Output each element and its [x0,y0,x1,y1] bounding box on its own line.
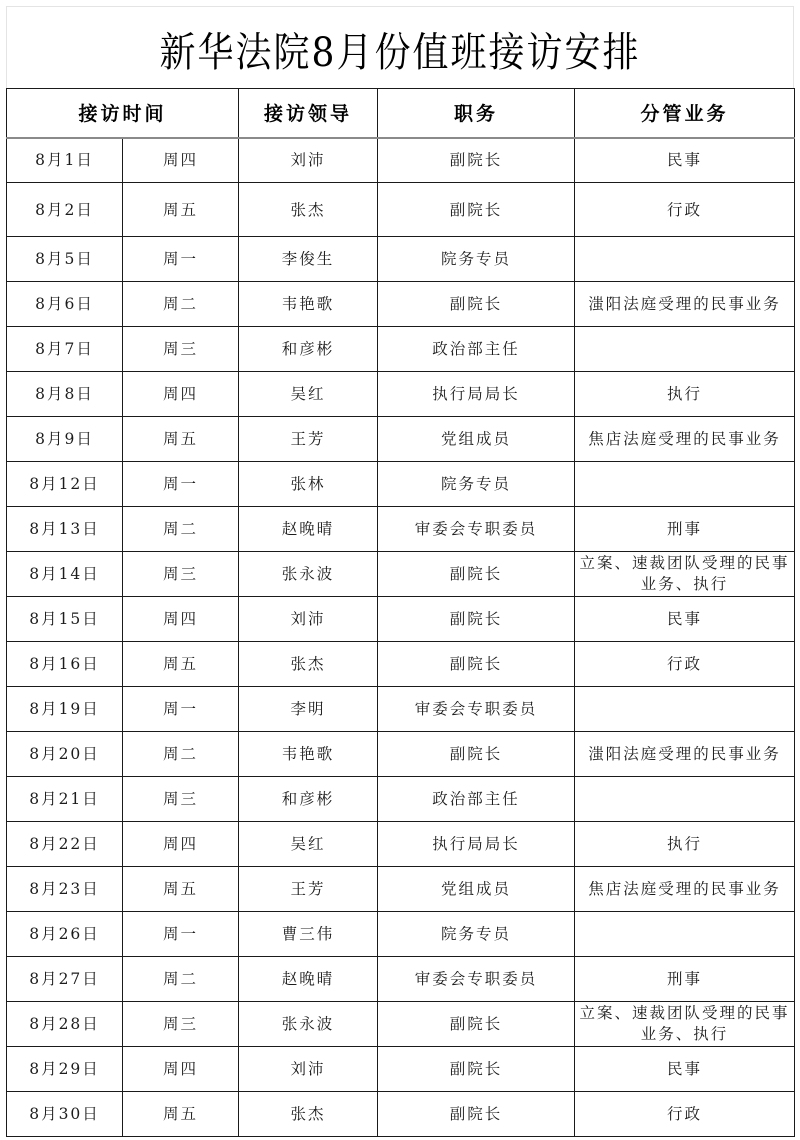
table-row: 8月6日 周二 韦艳歌 副院长 滍阳法庭受理的民事业务 [7,282,795,327]
cell-business: 刑事 [575,507,795,552]
cell-date: 8月23日 [7,867,123,912]
cell-date: 8月22日 [7,822,123,867]
cell-weekday: 周四 [123,822,239,867]
cell-leader: 韦艳歌 [239,732,378,777]
cell-date: 8月20日 [7,732,123,777]
cell-leader: 刘沛 [239,597,378,642]
cell-weekday: 周五 [123,1092,239,1137]
table-header-row: 接访时间 接访领导 职务 分管业务 [7,89,795,138]
table-row: 8月29日 周四 刘沛 副院长 民事 [7,1047,795,1092]
cell-date: 8月5日 [7,237,123,282]
cell-date: 8月8日 [7,372,123,417]
table-row: 8月23日 周五 王芳 党组成员 焦店法庭受理的民事业务 [7,867,795,912]
title-area: 新华法院8月份值班接访安排 [6,6,794,88]
cell-date: 8月16日 [7,642,123,687]
cell-weekday: 周一 [123,462,239,507]
cell-weekday: 周五 [123,183,239,237]
table-row: 8月13日 周二 赵晚晴 审委会专职委员 刑事 [7,507,795,552]
cell-weekday: 周五 [123,642,239,687]
cell-position: 政治部主任 [378,327,575,372]
cell-leader: 张杰 [239,1092,378,1137]
cell-weekday: 周四 [123,597,239,642]
cell-leader: 王芳 [239,417,378,462]
table-row: 8月9日 周五 王芳 党组成员 焦店法庭受理的民事业务 [7,417,795,462]
cell-date: 8月2日 [7,183,123,237]
cell-position: 副院长 [378,642,575,687]
schedule-table: 接访时间 接访领导 职务 分管业务 8月1日 周四 刘沛 副院长 民事 8月2日… [6,88,795,1137]
header-position: 职务 [378,89,575,138]
header-leader: 接访领导 [239,89,378,138]
cell-weekday: 周一 [123,237,239,282]
cell-business: 行政 [575,183,795,237]
cell-weekday: 周二 [123,957,239,1002]
cell-date: 8月1日 [7,138,123,183]
table-row: 8月30日 周五 张杰 副院长 行政 [7,1092,795,1137]
table-row: 8月2日 周五 张杰 副院长 行政 [7,183,795,237]
header-time: 接访时间 [7,89,239,138]
cell-position: 政治部主任 [378,777,575,822]
cell-leader: 张杰 [239,183,378,237]
cell-leader: 张永波 [239,552,378,597]
cell-position: 副院长 [378,732,575,777]
cell-weekday: 周三 [123,327,239,372]
cell-weekday: 周五 [123,417,239,462]
cell-date: 8月26日 [7,912,123,957]
cell-leader: 张林 [239,462,378,507]
cell-leader: 李俊生 [239,237,378,282]
cell-weekday: 周二 [123,732,239,777]
cell-business: 滍阳法庭受理的民事业务 [575,732,795,777]
cell-leader: 吴红 [239,372,378,417]
cell-date: 8月27日 [7,957,123,1002]
cell-business: 刑事 [575,957,795,1002]
table-row: 8月19日 周一 李明 审委会专职委员 [7,687,795,732]
cell-leader: 曹三伟 [239,912,378,957]
cell-date: 8月21日 [7,777,123,822]
cell-position: 审委会专职委员 [378,687,575,732]
table-row: 8月7日 周三 和彦彬 政治部主任 [7,327,795,372]
cell-date: 8月13日 [7,507,123,552]
cell-date: 8月6日 [7,282,123,327]
cell-leader: 赵晚晴 [239,507,378,552]
cell-weekday: 周二 [123,282,239,327]
cell-position: 党组成员 [378,867,575,912]
cell-position: 副院长 [378,552,575,597]
cell-leader: 刘沛 [239,1047,378,1092]
table-row: 8月1日 周四 刘沛 副院长 民事 [7,138,795,183]
cell-leader: 吴红 [239,822,378,867]
cell-date: 8月29日 [7,1047,123,1092]
cell-position: 党组成员 [378,417,575,462]
cell-leader: 刘沛 [239,138,378,183]
cell-weekday: 周四 [123,1047,239,1092]
cell-leader: 和彦彬 [239,777,378,822]
cell-date: 8月28日 [7,1002,123,1047]
cell-leader: 张杰 [239,642,378,687]
cell-business: 立案、速裁团队受理的民事业务、执行 [575,552,795,597]
cell-position: 执行局局长 [378,822,575,867]
table-row: 8月26日 周一 曹三伟 院务专员 [7,912,795,957]
table-row: 8月20日 周二 韦艳歌 副院长 滍阳法庭受理的民事业务 [7,732,795,777]
cell-position: 院务专员 [378,912,575,957]
cell-weekday: 周三 [123,552,239,597]
cell-weekday: 周四 [123,138,239,183]
cell-business: 立案、速裁团队受理的民事业务、执行 [575,1002,795,1047]
cell-position: 院务专员 [378,462,575,507]
cell-business: 民事 [575,597,795,642]
cell-weekday: 周三 [123,777,239,822]
cell-business: 民事 [575,1047,795,1092]
cell-business: 焦店法庭受理的民事业务 [575,417,795,462]
cell-position: 院务专员 [378,237,575,282]
cell-position: 副院长 [378,183,575,237]
cell-weekday: 周五 [123,867,239,912]
table-row: 8月27日 周二 赵晚晴 审委会专职委员 刑事 [7,957,795,1002]
table-row: 8月22日 周四 吴红 执行局局长 执行 [7,822,795,867]
cell-position: 副院长 [378,138,575,183]
cell-date: 8月7日 [7,327,123,372]
cell-position: 副院长 [378,1092,575,1137]
cell-business [575,462,795,507]
cell-leader: 和彦彬 [239,327,378,372]
cell-date: 8月12日 [7,462,123,507]
cell-leader: 张永波 [239,1002,378,1047]
cell-leader: 赵晚晴 [239,957,378,1002]
cell-weekday: 周三 [123,1002,239,1047]
cell-date: 8月9日 [7,417,123,462]
cell-leader: 王芳 [239,867,378,912]
cell-position: 副院长 [378,597,575,642]
table-row: 8月16日 周五 张杰 副院长 行政 [7,642,795,687]
cell-position: 审委会专职委员 [378,957,575,1002]
cell-date: 8月30日 [7,1092,123,1137]
cell-date: 8月19日 [7,687,123,732]
table-row: 8月14日 周三 张永波 副院长 立案、速裁团队受理的民事业务、执行 [7,552,795,597]
cell-business [575,237,795,282]
cell-position: 副院长 [378,1002,575,1047]
cell-date: 8月14日 [7,552,123,597]
cell-weekday: 周一 [123,912,239,957]
cell-business: 行政 [575,642,795,687]
cell-business: 行政 [575,1092,795,1137]
cell-position: 副院长 [378,282,575,327]
cell-business: 执行 [575,372,795,417]
cell-business: 民事 [575,138,795,183]
table-row: 8月8日 周四 吴红 执行局局长 执行 [7,372,795,417]
table-row: 8月5日 周一 李俊生 院务专员 [7,237,795,282]
page-title: 新华法院8月份值班接访安排 [160,17,641,79]
cell-business [575,327,795,372]
table-row: 8月28日 周三 张永波 副院长 立案、速裁团队受理的民事业务、执行 [7,1002,795,1047]
cell-weekday: 周二 [123,507,239,552]
header-business: 分管业务 [575,89,795,138]
cell-business: 执行 [575,822,795,867]
cell-business: 滍阳法庭受理的民事业务 [575,282,795,327]
cell-date: 8月15日 [7,597,123,642]
cell-weekday: 周一 [123,687,239,732]
cell-business [575,912,795,957]
cell-leader: 韦艳歌 [239,282,378,327]
table-row: 8月15日 周四 刘沛 副院长 民事 [7,597,795,642]
cell-position: 副院长 [378,1047,575,1092]
cell-business: 焦店法庭受理的民事业务 [575,867,795,912]
cell-weekday: 周四 [123,372,239,417]
cell-position: 审委会专职委员 [378,507,575,552]
cell-business [575,687,795,732]
cell-leader: 李明 [239,687,378,732]
table-row: 8月12日 周一 张林 院务专员 [7,462,795,507]
cell-position: 执行局局长 [378,372,575,417]
table-row: 8月21日 周三 和彦彬 政治部主任 [7,777,795,822]
cell-business [575,777,795,822]
